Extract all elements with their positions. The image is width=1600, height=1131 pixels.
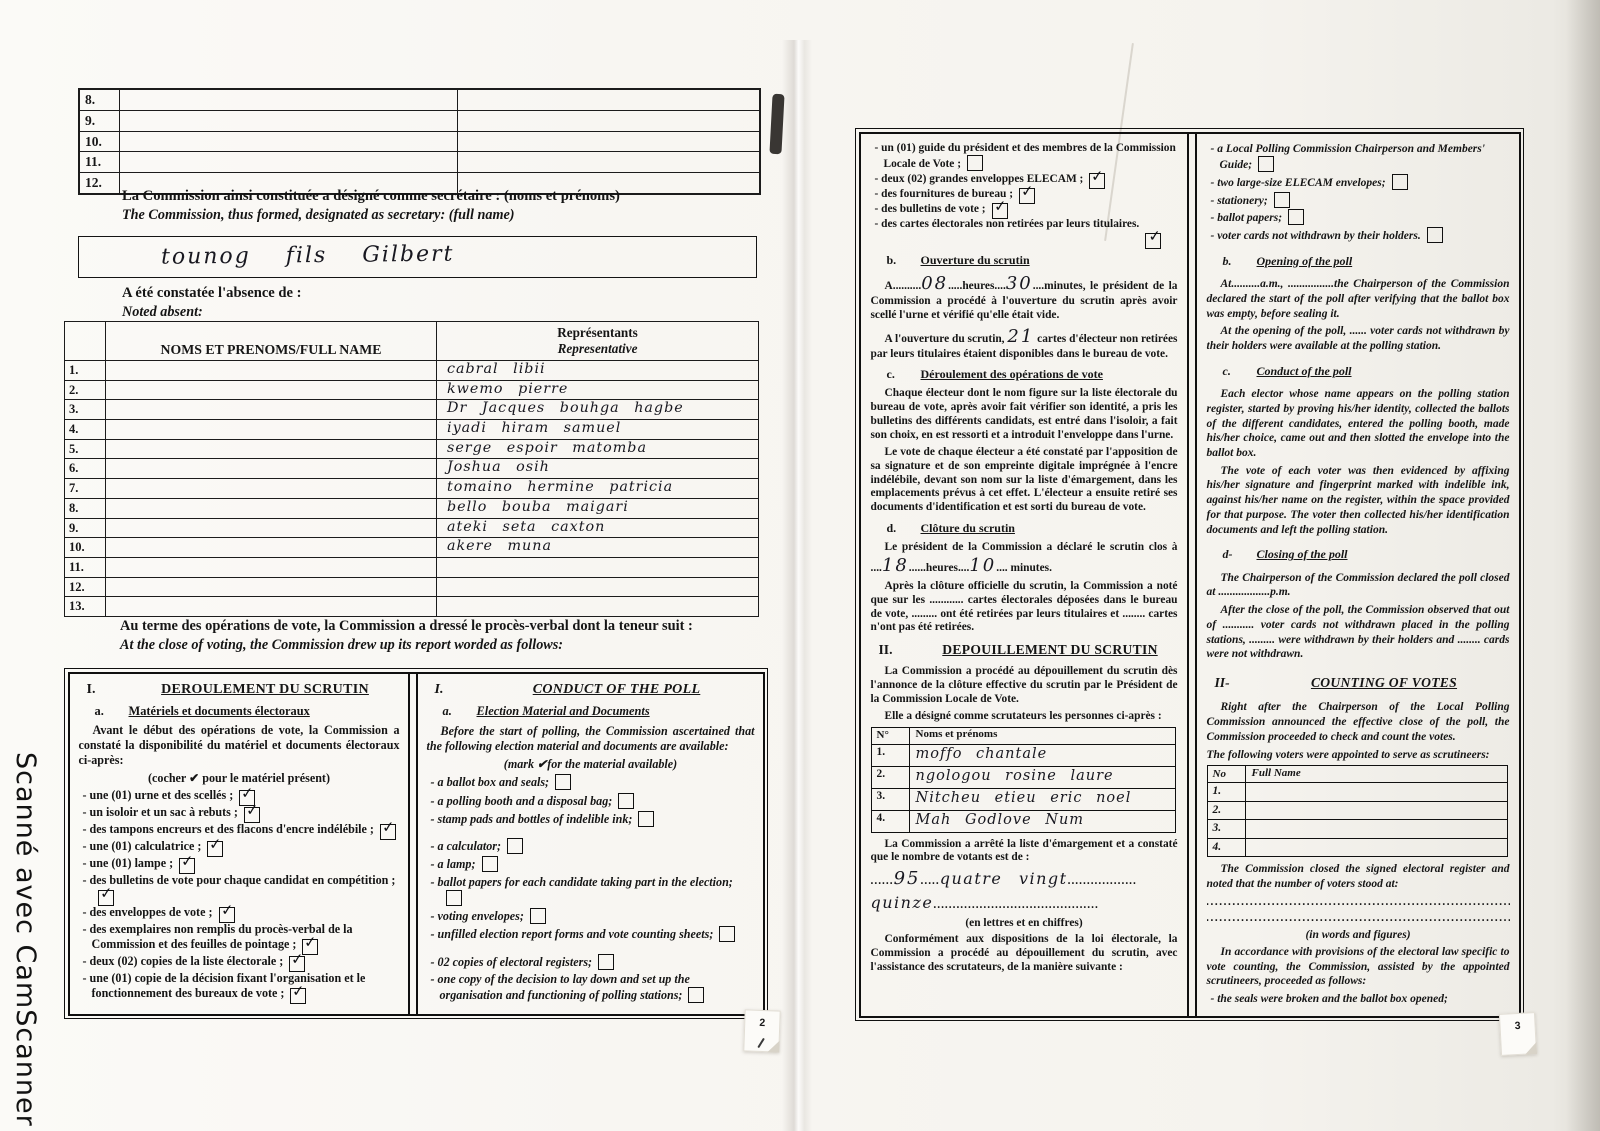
fold-dark-mark — [769, 94, 784, 155]
voters-count-words-handwritten: quatre vingt — [940, 869, 1068, 888]
material-item: - une (01) copie de la décision fixant l… — [79, 971, 400, 1002]
scrutineer-row: 4.Mah Godlove Num — [872, 810, 1175, 832]
scrutineer-name-handwritten: Nitcheu etieu eric noel — [910, 789, 1175, 810]
row-number: 8. — [80, 90, 120, 110]
page-corner-3: 3 — [1499, 1012, 1537, 1056]
scrutineer-row: 1. — [1208, 782, 1507, 801]
section-title: CONDUCT OF THE POLL — [479, 681, 755, 699]
scrutineer-header: N°Noms et prénoms — [872, 728, 1175, 744]
camscanner-watermark: Scanné avec CamScanner — [10, 752, 41, 1124]
material-item: - voting envelopes; — [427, 908, 755, 924]
checkbox — [1258, 156, 1274, 172]
final-paragraph-en: In accordance with provisions of the ele… — [1207, 945, 1510, 989]
absent-row: 7.tomaino hermine patricia — [65, 478, 758, 498]
opening-paragraph-fr: A..........08.....heures....30....minute… — [871, 273, 1178, 323]
material-item: - 02 copies of electoral registers; — [427, 954, 755, 970]
checkbox: ✓ — [380, 824, 396, 840]
scrutineer-row: 3. — [1208, 819, 1507, 838]
closing-cards-paragraph-en: After the close of the poll, the Commiss… — [1207, 603, 1510, 662]
checkbox: ✓ — [302, 939, 318, 955]
rep-handwritten: bello bouba maigari — [437, 499, 758, 518]
page-number: 2 — [745, 1016, 779, 1029]
checkbox — [555, 774, 571, 790]
final-paragraph-fr: Conformément aux dispositions de la loi … — [871, 933, 1178, 975]
section-title: DEROULEMENT DU SCRUTIN — [131, 681, 400, 698]
checkbox: ✓ — [1145, 233, 1161, 249]
final-bullet-en: - the seals were broken and the ballot b… — [1207, 992, 1510, 1007]
rep-cell — [458, 152, 759, 172]
material-item: - a polling booth and a disposal bag; — [427, 793, 755, 809]
report-column-en: - a Local Polling Commission Chairperson… — [1197, 134, 1519, 1016]
checkbox-line: ✓ — [871, 233, 1164, 247]
mark-note: (mark ✔for the material available) — [427, 757, 755, 772]
absent-row: 10.akere muna — [65, 537, 758, 557]
absent-row: 13. — [65, 596, 758, 616]
absent-label-fr: A été constatée l'absence de : — [122, 285, 302, 302]
conduct-of-poll-box: I.DEROULEMENT DU SCRUTIN a.Matériels et … — [64, 668, 768, 1019]
scrutineer-row: 2.ngologou rosine laure — [872, 766, 1175, 788]
scrutineers-intro-en: The following voters were appointed to s… — [1207, 748, 1510, 763]
secretary-label-fr: La Commission ainsi constituée a désigné… — [122, 188, 620, 205]
counting-heading-en: II-COUNTING OF VOTES — [1207, 674, 1510, 691]
opening-paragraph-en: At..........a.m., ................the Ch… — [1207, 277, 1510, 321]
page-fold-shadow — [782, 40, 812, 1131]
absent-row: 9.ateki seta caxton — [65, 518, 758, 538]
material-item: - stamp pads and bottles of indelible in… — [427, 811, 755, 827]
page-corner-2: 2 — [743, 1009, 780, 1052]
material-item: - un (01) guide du président et des memb… — [871, 142, 1178, 173]
counting-paragraph-fr: La Commission a procédé au dépouillement… — [871, 665, 1178, 707]
scrutineers-intro-fr: Elle a désigné comme scrutateurs les per… — [871, 710, 1178, 724]
voters-count-line2: quinze..................................… — [871, 892, 1178, 916]
page-number: 3 — [1500, 1019, 1535, 1033]
column-divider — [408, 674, 418, 1014]
closing-paragraph-fr: Le président de la Commission a déclaré … — [871, 541, 1178, 577]
absent-label-en: Noted absent: — [122, 304, 203, 321]
absent-row: 12. — [65, 577, 758, 597]
material-checklist-fr: I.DEROULEMENT DU SCRUTIN a.Matériels et … — [70, 674, 408, 1014]
material-item: - des fournitures de bureau ;✓ — [871, 188, 1178, 202]
material-item: - des bulletins de vote ;✓ — [871, 203, 1178, 217]
absent-row: 2.kwemo pierre — [65, 380, 758, 400]
checkbox: ✓ — [98, 890, 114, 906]
name-cell — [120, 90, 458, 110]
row-number: 12. — [80, 173, 120, 193]
scrutineer-row: 4. — [1208, 838, 1507, 857]
cards-count-handwritten: 21 — [1007, 326, 1034, 347]
material-item: - unfilled election report forms and vot… — [427, 926, 755, 942]
material-item: - des bulletins de vote pour chaque cand… — [79, 873, 400, 904]
opening-heading-en: b.Opening of the poll — [1207, 254, 1510, 269]
material-item: - one copy of the decision to lay down a… — [427, 972, 755, 1003]
row-number: 10. — [80, 132, 120, 152]
conduct-heading-en: c.Conduct of the poll — [1207, 364, 1510, 379]
checkbox — [530, 908, 546, 924]
checkbox — [482, 856, 498, 872]
voters-count-words2-handwritten: quinze — [871, 893, 934, 912]
checkbox — [446, 890, 462, 906]
subsection-title: Election Material and Documents — [477, 704, 650, 720]
table-row: 10. — [80, 131, 759, 152]
material-item: - un isoloir et un sac à rebuts ;✓ — [79, 805, 400, 821]
material-item: - ballot papers for each candidate takin… — [427, 875, 755, 906]
absent-row: 6.Joshua osih — [65, 458, 758, 478]
rep-handwritten: akere muna — [437, 538, 758, 557]
intro-paragraph: Before the start of polling, the Commiss… — [427, 724, 755, 754]
intro-paragraph: Avant le début des opérations de vote, l… — [79, 723, 400, 768]
absent-row: 8.bello bouba maigari — [65, 498, 758, 518]
absent-row: 4.iyadi hiram samuel — [65, 419, 758, 439]
checkbox — [1288, 209, 1304, 225]
closing-hour-handwritten: 18 — [882, 555, 909, 576]
rep-cell — [458, 90, 759, 110]
material-checklist-en: I.CONDUCT OF THE POLL a.Election Materia… — [418, 674, 763, 1014]
table-row: 11. — [80, 151, 759, 172]
material-item: - des enveloppes de vote ;✓ — [79, 905, 400, 921]
material-item: - une (01) lampe ;✓ — [79, 856, 400, 872]
secretary-label-en: The Commission, thus formed, designated … — [122, 207, 515, 224]
checkbox: ✓ — [1019, 188, 1035, 204]
material-item: - deux (02) copies de la liste électoral… — [79, 954, 400, 970]
rep-handwritten: serge espoir matomba — [437, 440, 758, 459]
checkbox — [618, 793, 634, 809]
checkbox — [688, 987, 704, 1003]
rep-handwritten: cabral libii — [437, 361, 758, 380]
checkbox — [1274, 192, 1290, 208]
voters-count-line1: ......95.....quatre vingt...............… — [871, 868, 1178, 892]
row-number: 11. — [80, 152, 120, 172]
checkbox: ✓ — [290, 988, 306, 1004]
voters-count-figure-handwritten: 95 — [894, 868, 921, 889]
opening-heading-fr: b.Ouverture du scrutin — [871, 253, 1178, 268]
scrutineer-header: NoFull Name — [1208, 766, 1507, 782]
rep-handwritten: Joshua osih — [437, 459, 758, 478]
rep-handwritten: Dr Jacques bouhga hagbe — [437, 400, 758, 419]
name-cell — [120, 132, 458, 152]
name-cell — [120, 111, 458, 131]
handwritten-tick — [757, 1038, 765, 1048]
checkbox: ✓ — [289, 956, 305, 972]
absent-row: 3.Dr Jacques bouhga hagbe — [65, 399, 758, 419]
checkbox: ✓ — [179, 858, 195, 874]
scrutineer-name-handwritten: moffo chantale — [910, 745, 1175, 766]
material-item: - a Local Polling Commission Chairperson… — [1207, 142, 1510, 173]
secretary-name-box: tounog fils Gilbert — [78, 236, 757, 278]
material-item: - a calculator; — [427, 838, 755, 854]
conduct-heading-fr: c.Déroulement des opérations de vote — [871, 367, 1178, 382]
count-note-fr: (en lettres et en chiffres) — [871, 917, 1178, 931]
closing-paragraph-en: The Chairperson of the Commission declar… — [1207, 571, 1510, 600]
checkbox: ✓ — [207, 841, 223, 857]
absent-table-header: NOMS ET PRENOMS/FULL NAME Représentants … — [65, 322, 758, 360]
report-intro-en: At the close of voting, the Commission d… — [120, 637, 563, 654]
right-edge-shadow — [1566, 0, 1600, 1131]
counting-paragraph-en: Right after the Chairperson of the Local… — [1207, 700, 1510, 744]
material-item: - ballot papers; — [1207, 209, 1510, 226]
checkbox — [967, 155, 983, 171]
counting-heading-fr: II.DEPOUILLEMENT DU SCRUTIN — [871, 642, 1178, 659]
count-note-en: (in words and figures) — [1207, 928, 1510, 943]
checkbox — [507, 838, 523, 854]
closing-heading-fr: d.Clôture du scrutin — [871, 521, 1178, 536]
rep-handwritten: kwemo pierre — [437, 381, 758, 400]
absent-row: 5.serge espoir matomba — [65, 439, 758, 459]
table-row: 9. — [80, 110, 759, 131]
material-item: - voter cards not withdrawn by their hol… — [1207, 227, 1510, 244]
table-row: 8. — [80, 90, 759, 110]
count-dotted-line: ........................................… — [1207, 895, 1510, 910]
conduct-paragraph-2-fr: Le vote de chaque électeur a été constat… — [871, 446, 1178, 516]
rep-header-en: Representative — [558, 341, 638, 357]
conduct-paragraph-1-en: Each elector whose name appears on the p… — [1207, 387, 1510, 461]
rep-handwritten: tomaino hermine patricia — [437, 479, 758, 498]
scrutineer-table-en: NoFull Name 1. 2. 3. 4. — [1207, 765, 1508, 857]
checkbox: ✓ — [244, 807, 260, 823]
checkbox — [638, 811, 654, 827]
opening-hour-handwritten: 08 — [921, 273, 948, 294]
mark-note: (cocher ✔ pour le matériel présent) — [79, 771, 400, 786]
checkbox — [1392, 174, 1408, 190]
rep-cell — [458, 132, 759, 152]
report-intro-fr: Au terme des opérations de vote, la Comm… — [120, 618, 693, 635]
rep-handwritten: iyadi hiram samuel — [437, 420, 758, 439]
column-divider — [1187, 134, 1197, 1016]
voters-count-intro-fr: La Commission a arrêté la liste d'émarge… — [871, 838, 1178, 866]
material-item: - two large-size ELECAM envelopes; — [1207, 174, 1510, 191]
name-header: NOMS ET PRENOMS/FULL NAME — [106, 322, 437, 360]
material-item: - des tampons encreurs et des flacons d'… — [79, 822, 400, 838]
rep-header-fr: Représentants — [557, 325, 638, 341]
scrutineer-name-handwritten: ngologou rosine laure — [910, 767, 1175, 788]
subsection-title: Matériels et documents électoraux — [129, 704, 310, 719]
material-item: - a lamp; — [427, 856, 755, 872]
row-number: 9. — [80, 111, 120, 131]
closing-cards-paragraph-fr: Après la clôture officielle du scrutin, … — [871, 580, 1178, 636]
checkbox: ✓ — [1089, 173, 1105, 189]
opening-minute-handwritten: 30 — [1006, 273, 1033, 294]
checkbox — [719, 926, 735, 942]
material-item: - des exemplaires non remplis du procès-… — [79, 922, 400, 953]
rep-cell — [458, 111, 759, 131]
checkbox — [1427, 227, 1443, 243]
scrutineer-row: 2. — [1208, 801, 1507, 820]
absent-row: 1.cabral libii — [65, 360, 758, 380]
conduct-paragraph-2-en: The vote of each voter was then evidence… — [1207, 464, 1510, 538]
scrutineer-row: 1.moffo chantale — [872, 744, 1175, 766]
members-table-continued: 8. 9. 10. 11. 12. — [78, 88, 761, 195]
conduct-paragraph-1-fr: Chaque électeur dont le nom figure sur l… — [871, 387, 1178, 443]
scrutineer-row: 3.Nitcheu etieu eric noel — [872, 788, 1175, 810]
count-dotted-line: ........................................… — [1207, 911, 1510, 926]
opening-cards-paragraph-fr: A l'ouverture du scrutin, 21 cartes d'él… — [871, 326, 1178, 362]
material-item: - une (01) urne et des scellés ;✓ — [79, 788, 400, 804]
absent-table: NOMS ET PRENOMS/FULL NAME Représentants … — [64, 321, 759, 617]
report-column-fr: - un (01) guide du président et des memb… — [861, 134, 1187, 1016]
voters-count-intro-en: The Commission closed the signed elector… — [1207, 862, 1510, 891]
material-item: - stationery; — [1207, 192, 1510, 209]
closing-minute-handwritten: 10 — [969, 555, 996, 576]
poll-report-box: - un (01) guide du président et des memb… — [855, 128, 1524, 1021]
opening-cards-paragraph-en: At the opening of the poll, ...... voter… — [1207, 324, 1510, 353]
absent-row: 11. — [65, 557, 758, 577]
checkbox: ✓ — [992, 203, 1008, 219]
scrutineer-table-fr: N°Noms et prénoms 1.moffo chantale 2.ngo… — [871, 727, 1176, 833]
checkbox — [598, 954, 614, 970]
scrutineer-name-handwritten: Mah Godlove Num — [910, 811, 1175, 832]
checkbox: ✓ — [219, 907, 235, 923]
rep-handwritten: ateki seta caxton — [437, 519, 758, 538]
material-item: - des cartes électorales non retirées pa… — [871, 218, 1178, 232]
material-item: - une (01) calculatrice ;✓ — [79, 839, 400, 855]
closing-heading-en: d-Closing of the poll — [1207, 547, 1510, 562]
scanned-election-report: { "watermark": "Scanné avec CamScanner",… — [0, 0, 1600, 1131]
material-item: - a ballot box and seals; — [427, 774, 755, 790]
name-cell — [120, 152, 458, 172]
secretary-name-handwritten: tounog fils Gilbert — [79, 233, 756, 270]
